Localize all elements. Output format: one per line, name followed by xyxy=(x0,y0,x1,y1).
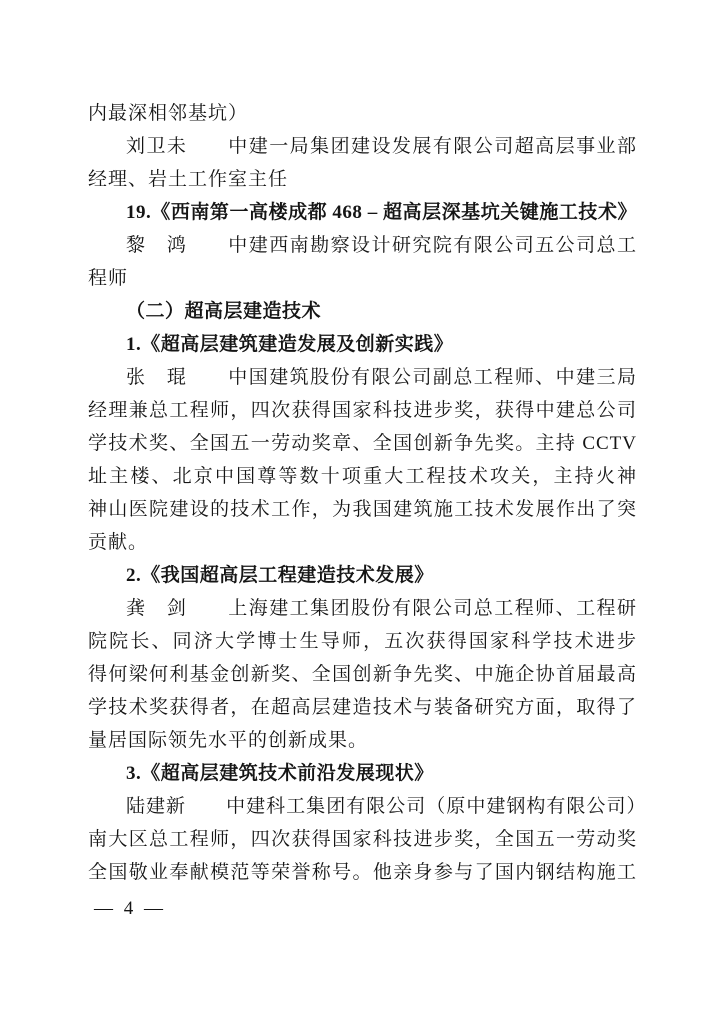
speaker-intro-line: 黎 鸿 中建西南勘察设计研究院有限公司五公司总工 xyxy=(88,229,637,262)
speaker-intro-line: 刘卫未 中建一局集团建设发展有限公司超高层事业部总 xyxy=(88,130,637,163)
body-text-line: 量居国际领先水平的创新成果。 xyxy=(88,724,637,757)
body-text-line: 内最深相邻基坑） xyxy=(88,97,637,130)
lecture-1-title: 1.《超高层建筑建造发展及创新实践》 xyxy=(88,328,637,361)
body-text-line: 程师 xyxy=(88,262,637,295)
body-text-line: 神山医院建设的技术工作，为我国建筑施工技术发展作出了突出 xyxy=(88,493,637,526)
body-text-line: 全国敬业奉献模范等荣誉称号。他亲身参与了国内钢结构施工 xyxy=(88,856,637,889)
speaker-intro-line: 龚 剑 上海建工集团股份有限公司总工程师、工程研究总 xyxy=(88,592,637,625)
lecture-3-title: 3.《超高层建筑技术前沿发展现状》 xyxy=(88,757,637,790)
body-text-line: 学技术奖获得者，在超高层建造技术与装备研究方面，取得了大 xyxy=(88,691,637,724)
lecture-2-title: 2.《我国超高层工程建造技术发展》 xyxy=(88,559,637,592)
speaker-intro-line: 陆建新 中建科工集团有限公司（原中建钢构有限公司）华 xyxy=(88,790,637,823)
body-text-line: 址主楼、北京中国尊等数十项重大工程技术攻关，主持火神山、雷 xyxy=(88,460,637,493)
section-heading: （二）超高层建造技术 xyxy=(88,295,637,328)
speaker-intro-line: 张 琨 中国建筑股份有限公司副总工程师、中建三局副总 xyxy=(88,361,637,394)
document-page: 内最深相邻基坑） 刘卫未 中建一局集团建设发展有限公司超高层事业部总 经理、岩土… xyxy=(0,0,723,1024)
body-text-line: 经理兼总工程师，四次获得国家科技进步奖，获得中建总公司科 xyxy=(88,394,637,427)
body-text-line: 学技术奖、全国五一劳动奖章、全国创新争先奖。主持 CCTV 新台 xyxy=(88,427,637,460)
body-text-line: 贡献。 xyxy=(88,526,637,559)
body-text-line: 南大区总工程师，四次获得国家科技进步奖，全国五一劳动奖章、 xyxy=(88,823,637,856)
lecture-19-title: 19.《西南第一高楼成都 468 – 超高层深基坑关键施工技术》 xyxy=(88,196,637,229)
body-text-line: 得何梁何利基金创新奖、全国创新争先奖、中施企协首届最高科 xyxy=(88,658,637,691)
body-text-line: 院院长、同济大学博士生导师，五次获得国家科学技术进步奖，获 xyxy=(88,625,637,658)
document-body: 内最深相邻基坑） 刘卫未 中建一局集团建设发展有限公司超高层事业部总 经理、岩土… xyxy=(88,97,637,889)
body-text-line: 经理、岩土工作室主任 xyxy=(88,163,637,196)
page-number: — 4 — xyxy=(94,892,166,925)
